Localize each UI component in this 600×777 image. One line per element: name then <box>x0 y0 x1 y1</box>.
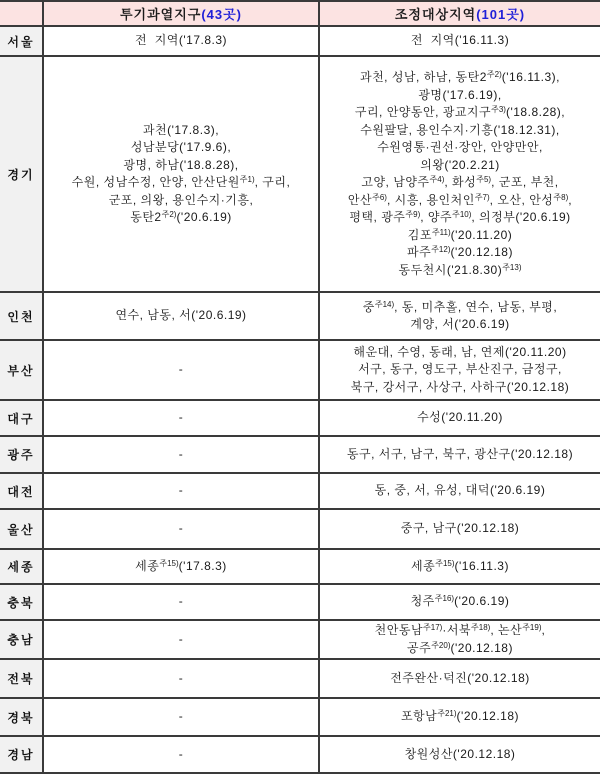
footnote-ref: 주9) <box>405 210 420 219</box>
adjustment-areas-cell: 세종주15)('16.11.3) <box>319 549 600 584</box>
cell-line: 세종주15)('17.8.3) <box>44 558 318 576</box>
cell-line: 파주주12)('20.12.18) <box>320 244 600 262</box>
overheated-districts-cell: - <box>43 698 319 736</box>
text-segment: ('20.11.20) <box>451 228 513 242</box>
overheated-districts-cell: 과천('17.8.3),성남분당('17.9.6),광명, 하남('18.8.2… <box>43 56 319 292</box>
cell-line: - <box>44 746 318 764</box>
text-segment: - <box>179 594 184 608</box>
adjustment-areas-cell: 동, 중, 서, 유성, 대덕('20.6.19) <box>319 473 600 509</box>
cell-line: 수성('20.11.20) <box>320 409 600 427</box>
text-segment: , 양주 <box>420 210 452 224</box>
cell-line: - <box>44 482 318 500</box>
text-segment: 동탄2 <box>130 210 161 224</box>
region-label-cell: 대전 <box>0 473 43 509</box>
region-label-cell: 광주 <box>0 436 43 473</box>
footnote-ref: 주13) <box>502 263 521 272</box>
text-segment: ·서북 <box>442 623 471 637</box>
cell-line: 전 지역('16.11.3) <box>320 32 600 50</box>
text-segment: 파주 <box>407 245 431 259</box>
text-segment: 서구, 동구, 영도구, 부산진구, 금정구, <box>358 362 562 376</box>
overheated-districts-cell: 세종주15)('17.8.3) <box>43 549 319 584</box>
footnote-ref: 주10) <box>452 210 471 219</box>
cell-line: 수원, 성남수정, 안양, 안산단원주1), 구리, <box>44 174 318 192</box>
overheated-districts-cell: - <box>43 584 319 620</box>
adjustment-areas-cell: 천안동남주17)·서북주18), 논산주19),공주주20)('20.12.18… <box>319 620 600 659</box>
cell-line: - <box>44 593 318 611</box>
header-overheated-districts: 투기과열지구(43곳) <box>43 1 319 26</box>
text-segment: , <box>541 623 545 637</box>
adjustment-areas-cell: 창원성산('20.12.18) <box>319 736 600 773</box>
cell-line: 전 지역('17.8.3) <box>44 32 318 50</box>
text-segment: ('20.12.18) <box>450 641 513 655</box>
text-segment: , 구리, <box>255 175 291 189</box>
text-segment: - <box>179 521 184 535</box>
cell-line: - <box>44 446 318 464</box>
page: 투기과열지구(43곳) 조정대상지역(101곳) 서울전 지역('17.8.3)… <box>0 0 600 777</box>
text-segment: , 화성 <box>444 175 476 189</box>
text-segment: ('17.8.3) <box>179 559 227 573</box>
adjustment-areas-cell: 전주완산·덕진('20.12.18) <box>319 659 600 698</box>
footnote-ref: 주21) <box>437 709 456 718</box>
text-segment: , 동, 미추홀, 연수, 남동, 부평, <box>394 300 557 314</box>
cell-line: 동구, 서구, 남구, 북구, 광산구('20.12.18) <box>320 446 600 464</box>
table-row: 울산-중구, 남구('20.12.18) <box>0 509 600 549</box>
text-segment: - <box>179 709 184 723</box>
cell-line: 평택, 광주주9), 양주주10), 의정부('20.6.19) <box>320 209 600 227</box>
footnote-ref: 주15) <box>435 559 454 568</box>
header-row: 투기과열지구(43곳) 조정대상지역(101곳) <box>0 1 600 26</box>
text-segment: 연수, 남동, 서('20.6.19) <box>115 308 246 322</box>
text-segment: 투기과열지구 <box>120 7 201 22</box>
cell-line: - <box>44 409 318 427</box>
footnote-ref: 주4) <box>430 175 445 184</box>
overheated-districts-cell: - <box>43 620 319 659</box>
overheated-districts-cell: 연수, 남동, 서('20.6.19) <box>43 292 319 340</box>
overheated-districts-cell: - <box>43 436 319 473</box>
text-segment: , 의정부('20.6.19) <box>471 210 570 224</box>
cell-line: 군포, 의왕, 용인수지·기흥, <box>44 192 318 210</box>
cell-line: 중구, 남구('20.12.18) <box>320 520 600 538</box>
text-segment: - <box>179 671 184 685</box>
overheated-districts-cell: - <box>43 340 319 400</box>
adjustment-areas-cell: 과천, 성남, 하남, 동탄2주2)('16.11.3),광명('17.6.19… <box>319 56 600 292</box>
region-label-cell: 대구 <box>0 400 43 436</box>
adjustment-areas-cell: 해운대, 수영, 동래, 남, 연제('20.11.20)서구, 동구, 영도구… <box>319 340 600 400</box>
adjustment-areas-cell: 포항남주21)('20.12.18) <box>319 698 600 736</box>
region-label-cell: 경남 <box>0 736 43 773</box>
footnote-ref: 주11) <box>432 228 451 237</box>
table-row: 부산-해운대, 수영, 동래, 남, 연제('20.11.20)서구, 동구, … <box>0 340 600 400</box>
footnote-ref: 주7) <box>475 193 490 202</box>
text-segment: 세종 <box>411 559 435 573</box>
text-segment: 동구, 서구, 남구, 북구, 광산구('20.12.18) <box>347 447 573 461</box>
text-segment: 구리, 안양동안, 광교지구 <box>355 105 491 119</box>
text-segment: 과천('17.8.3), <box>143 123 219 137</box>
text-segment: ('16.11.3) <box>455 559 509 573</box>
cell-line: 천안동남주17)·서북주18), 논산주19), <box>320 622 600 640</box>
adjustment-areas-cell: 동구, 서구, 남구, 북구, 광산구('20.12.18) <box>319 436 600 473</box>
cell-line: 수원팔달, 용인수지·기흥('18.12.31), <box>320 122 600 140</box>
footnote-ref: 주3) <box>491 105 506 114</box>
text-segment: ('20.6.19) <box>176 210 231 224</box>
cell-line: - <box>44 708 318 726</box>
cell-line: - <box>44 631 318 649</box>
text-segment: 의왕('20.2.21) <box>420 158 500 172</box>
text-segment: 공주 <box>407 641 431 655</box>
text-segment: 계양, 서('20.6.19) <box>410 317 509 331</box>
footnote-ref: 주8) <box>553 193 568 202</box>
text-segment: ('20.12.18) <box>450 245 513 259</box>
overheated-districts-cell: - <box>43 736 319 773</box>
table-row: 경기과천('17.8.3),성남분당('17.9.6),광명, 하남('18.8… <box>0 56 600 292</box>
text-segment: - <box>179 362 184 376</box>
text-segment: 김포 <box>408 228 432 242</box>
cell-line: 해운대, 수영, 동래, 남, 연제('20.11.20) <box>320 344 600 362</box>
text-segment: - <box>179 632 184 646</box>
text-segment: ('20.12.18) <box>457 709 520 723</box>
cell-line: 과천, 성남, 하남, 동탄2주2)('16.11.3), <box>320 69 600 87</box>
table-row: 서울전 지역('17.8.3)전 지역('16.11.3) <box>0 26 600 56</box>
footnote-ref: 주15) <box>159 559 178 568</box>
cell-line: 성남분당('17.9.6), <box>44 139 318 157</box>
footnote-ref: 주2) <box>487 70 502 79</box>
cell-line: 안산주6), 시흥, 용인처인주7), 오산, 안성주8), <box>320 192 600 210</box>
text-segment: 광명, 하남('18.8.28), <box>123 158 238 172</box>
cell-line: 동, 중, 서, 유성, 대덕('20.6.19) <box>320 482 600 500</box>
cell-line: 김포주11)('20.11.20) <box>320 227 600 245</box>
text-segment: 수성('20.11.20) <box>417 410 503 424</box>
adjustment-areas-cell: 청주주16)('20.6.19) <box>319 584 600 620</box>
text-segment: 조정대상지역 <box>395 7 476 22</box>
region-label-cell: 세종 <box>0 549 43 584</box>
text-segment: 동, 중, 서, 유성, 대덕('20.6.19) <box>375 483 546 497</box>
table-row: 대전-동, 중, 서, 유성, 대덕('20.6.19) <box>0 473 600 509</box>
text-segment: 해운대, 수영, 동래, 남, 연제('20.11.20) <box>353 345 566 359</box>
text-segment: 중구, 남구('20.12.18) <box>401 521 520 535</box>
text-segment: 포항남 <box>401 709 437 723</box>
footnote-ref: 주20) <box>431 641 450 650</box>
text-segment: 전주완산·덕진('20.12.18) <box>390 671 530 685</box>
adjustment-areas-cell: 중구, 남구('20.12.18) <box>319 509 600 549</box>
cell-line: 전주완산·덕진('20.12.18) <box>320 670 600 688</box>
text-segment: (101곳) <box>476 7 525 22</box>
footnote-ref: 주18) <box>471 623 490 632</box>
table-row: 전북-전주완산·덕진('20.12.18) <box>0 659 600 698</box>
table-row: 충남-천안동남주17)·서북주18), 논산주19),공주주20)('20.12… <box>0 620 600 659</box>
cell-line: 서구, 동구, 영도구, 부산진구, 금정구, <box>320 361 600 379</box>
text-segment: 수원영통·권선·장안, 안양만안, <box>377 140 543 154</box>
text-segment: 평택, 광주 <box>349 210 405 224</box>
cell-line: 계양, 서('20.6.19) <box>320 316 600 334</box>
text-segment: 수원, 성남수정, 안양, 안산단원 <box>72 175 240 189</box>
footnote-ref: 주19) <box>522 623 541 632</box>
table-row: 세종세종주15)('17.8.3)세종주15)('16.11.3) <box>0 549 600 584</box>
cell-line: 과천('17.8.3), <box>44 122 318 140</box>
region-label-cell: 경기 <box>0 56 43 292</box>
cell-line: 북구, 강서구, 사상구, 사하구('20.12.18) <box>320 379 600 397</box>
cell-line: 공주주20)('20.12.18) <box>320 640 600 658</box>
footnote-ref: 주6) <box>372 193 387 202</box>
text-segment: 동두천시('21.8.30) <box>399 263 503 277</box>
footnote-ref: 주2) <box>162 210 177 219</box>
overheated-districts-cell: - <box>43 509 319 549</box>
region-label-cell: 충남 <box>0 620 43 659</box>
footnote-ref: 주16) <box>435 594 454 603</box>
overheated-districts-cell: - <box>43 659 319 698</box>
cell-line: 포항남주21)('20.12.18) <box>320 708 600 726</box>
cell-line: - <box>44 520 318 538</box>
text-segment: , 시흥, 용인처인 <box>387 193 475 207</box>
region-label-cell: 서울 <box>0 26 43 56</box>
cell-line: 광명('17.6.19), <box>320 87 600 105</box>
cell-line: 고양, 남양주주4), 화성주5), 군포, 부천, <box>320 174 600 192</box>
text-segment: , <box>568 193 572 207</box>
text-segment: - <box>179 483 184 497</box>
footnote-ref: 주5) <box>476 175 491 184</box>
region-label-cell: 울산 <box>0 509 43 549</box>
text-segment: 고양, 남양주 <box>361 175 429 189</box>
cell-line: 창원성산('20.12.18) <box>320 746 600 764</box>
text-segment: 과천, 성남, 하남, 동탄2 <box>360 70 487 84</box>
text-segment: - <box>179 447 184 461</box>
table-body: 서울전 지역('17.8.3)전 지역('16.11.3)경기과천('17.8.… <box>0 26 600 773</box>
overheated-districts-cell: - <box>43 473 319 509</box>
text-segment: ('18.8.28), <box>506 105 565 119</box>
text-segment: 천안동남 <box>375 623 423 637</box>
footnote-ref: 주14) <box>375 300 394 309</box>
cell-line: 세종주15)('16.11.3) <box>320 558 600 576</box>
footnote-ref: 주17) <box>423 623 442 632</box>
text-segment: 세종 <box>135 559 159 573</box>
overheated-districts-cell: 전 지역('17.8.3) <box>43 26 319 56</box>
text-segment: 중 <box>363 300 375 314</box>
cell-line: 의왕('20.2.21) <box>320 157 600 175</box>
cell-line: 청주주16)('20.6.19) <box>320 593 600 611</box>
cell-line: 중주14), 동, 미추홀, 연수, 남동, 부평, <box>320 299 600 317</box>
cell-line: 광명, 하남('18.8.28), <box>44 157 318 175</box>
region-label-cell: 경북 <box>0 698 43 736</box>
text-segment: 성남분당('17.9.6), <box>131 140 231 154</box>
region-label-cell: 전북 <box>0 659 43 698</box>
adjustment-areas-cell: 전 지역('16.11.3) <box>319 26 600 56</box>
text-segment: 안산 <box>348 193 372 207</box>
text-segment: - <box>179 747 184 761</box>
text-segment: 전 지역('16.11.3) <box>411 33 509 47</box>
cell-line: 연수, 남동, 서('20.6.19) <box>44 307 318 325</box>
adjustment-areas-cell: 중주14), 동, 미추홀, 연수, 남동, 부평,계양, 서('20.6.19… <box>319 292 600 340</box>
text-segment: , 오산, 안성 <box>490 193 554 207</box>
table-row: 인천연수, 남동, 서('20.6.19)중주14), 동, 미추홀, 연수, … <box>0 292 600 340</box>
regulation-zones-table: 투기과열지구(43곳) 조정대상지역(101곳) 서울전 지역('17.8.3)… <box>0 0 600 774</box>
text-segment: ('16.11.3), <box>502 70 560 84</box>
cell-line: 수원영통·권선·장안, 안양만안, <box>320 139 600 157</box>
cell-line: - <box>44 361 318 379</box>
text-segment: ('20.6.19) <box>454 594 509 608</box>
adjustment-areas-cell: 수성('20.11.20) <box>319 400 600 436</box>
footnote-ref: 주1) <box>240 175 255 184</box>
text-segment: - <box>179 410 184 424</box>
region-label-cell: 인천 <box>0 292 43 340</box>
table-row: 대구-수성('20.11.20) <box>0 400 600 436</box>
footnote-ref: 주12) <box>431 245 450 254</box>
header-adjustment-areas: 조정대상지역(101곳) <box>319 1 600 26</box>
cell-line: 동두천시('21.8.30)주13) <box>320 262 600 280</box>
overheated-districts-cell: - <box>43 400 319 436</box>
table-row: 광주-동구, 서구, 남구, 북구, 광산구('20.12.18) <box>0 436 600 473</box>
text-segment: 광명('17.6.19), <box>418 88 501 102</box>
text-segment: , 군포, 부천, <box>491 175 559 189</box>
text-segment: 전 지역('17.8.3) <box>135 33 227 47</box>
cell-line: - <box>44 670 318 688</box>
text-segment: (43곳) <box>201 7 242 22</box>
region-label-cell: 부산 <box>0 340 43 400</box>
header-region-cell <box>0 1 43 26</box>
text-segment: 청주 <box>411 594 435 608</box>
cell-line: 구리, 안양동안, 광교지구주3)('18.8.28), <box>320 104 600 122</box>
table-row: 충북-청주주16)('20.6.19) <box>0 584 600 620</box>
text-segment: 군포, 의왕, 용인수지·기흥, <box>109 193 254 207</box>
table-row: 경남-창원성산('20.12.18) <box>0 736 600 773</box>
text-segment: 수원팔달, 용인수지·기흥('18.12.31), <box>360 123 559 137</box>
text-segment: 북구, 강서구, 사상구, 사하구('20.12.18) <box>351 380 570 394</box>
table-row: 경북-포항남주21)('20.12.18) <box>0 698 600 736</box>
cell-line: 동탄2주2)('20.6.19) <box>44 209 318 227</box>
text-segment: 창원성산('20.12.18) <box>405 747 516 761</box>
region-label-cell: 충북 <box>0 584 43 620</box>
text-segment: , 논산 <box>490 623 522 637</box>
